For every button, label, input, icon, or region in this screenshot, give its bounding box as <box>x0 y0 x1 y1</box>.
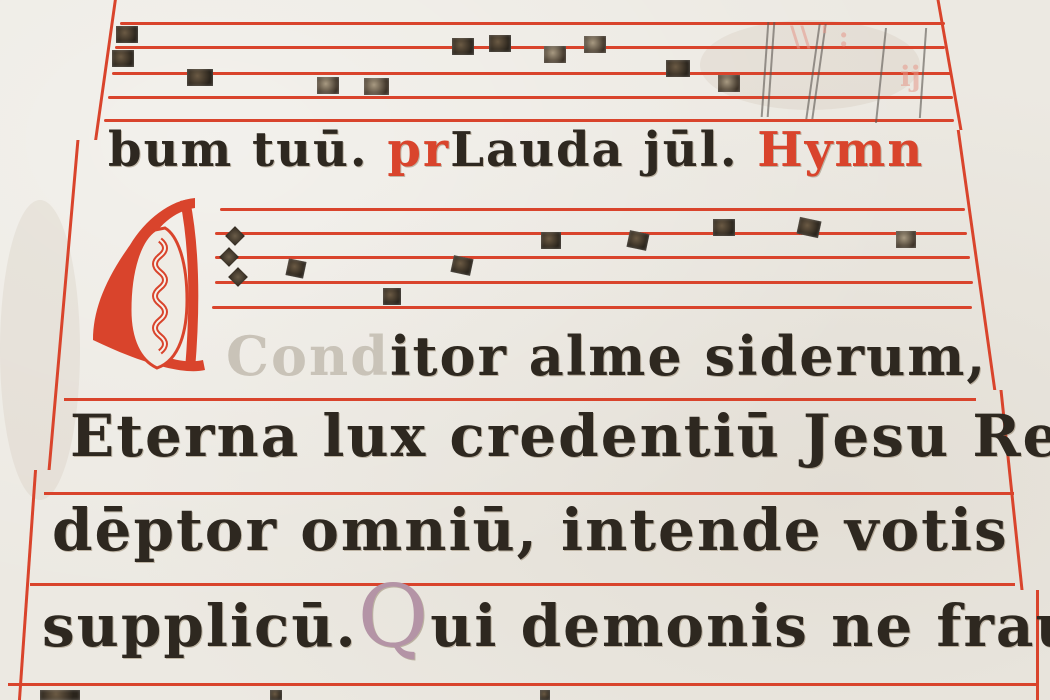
neume-note <box>317 77 339 94</box>
partial-glyph <box>540 690 550 700</box>
text-line-1: bum tuū. prLauda jūl. Hymn <box>108 122 924 178</box>
clef-diamond <box>219 247 239 267</box>
staff-line <box>112 72 952 75</box>
text-line-3: Eterna lux credentiū Jesu Re <box>70 402 1050 470</box>
neume-note <box>383 288 401 305</box>
text-segment: supplicū. <box>42 592 358 660</box>
neume-note <box>112 50 134 67</box>
neume-note <box>541 232 561 249</box>
staff-line <box>212 306 972 309</box>
text-segment: ui demonis ne frau <box>430 592 1050 660</box>
neume-note <box>364 78 389 95</box>
neume-note <box>713 219 735 236</box>
neume-note <box>718 75 740 92</box>
rubric-segment: pr <box>387 122 450 178</box>
staff-line <box>215 256 970 259</box>
neume-note <box>626 230 649 251</box>
violet-initial-q: Q <box>358 567 431 667</box>
text-rule <box>64 398 976 401</box>
text-segment: Lauda jūl. <box>450 122 738 178</box>
neume-note <box>489 35 511 52</box>
neume-note <box>452 38 474 55</box>
text-rule <box>8 683 1038 686</box>
text-line-4: dēptor omniū, intende votis <box>52 496 1009 564</box>
faded-rubric: \\ ' : <box>790 20 849 53</box>
staff-line <box>215 281 973 284</box>
text-segment: itor alme siderum, <box>390 324 987 388</box>
text-rule <box>44 492 1014 495</box>
manuscript-page: \\ ' : ij bum tuū. prLauda jūl. Hymn Con… <box>0 0 1050 700</box>
text-line-5: supplicū.Qui demonis ne frau <box>42 588 1050 660</box>
neume-note <box>584 36 606 53</box>
text-rule <box>30 583 1015 586</box>
right-margin-rule <box>937 0 963 130</box>
neume-note <box>187 69 213 86</box>
text-line-2: Conditor alme siderum, <box>226 324 987 388</box>
clef-diamond <box>225 226 245 246</box>
partial-glyph <box>40 690 80 700</box>
illuminated-initial-c <box>85 190 215 380</box>
neume-note <box>544 46 566 63</box>
faded-rubric: ij <box>900 60 921 93</box>
neume-note <box>285 258 306 278</box>
neume-note <box>116 26 138 43</box>
neume-note <box>896 231 916 248</box>
staff-line <box>215 232 967 235</box>
staff-line <box>220 208 965 211</box>
staff-line <box>108 96 953 99</box>
neume-note <box>450 255 473 276</box>
faded-text-segment: Cond <box>226 324 390 388</box>
text-segment: bum tuū. <box>108 122 369 178</box>
neume-note <box>666 60 690 77</box>
rubric-hymn-label: Hymn <box>757 122 924 178</box>
partial-glyph <box>270 690 282 700</box>
